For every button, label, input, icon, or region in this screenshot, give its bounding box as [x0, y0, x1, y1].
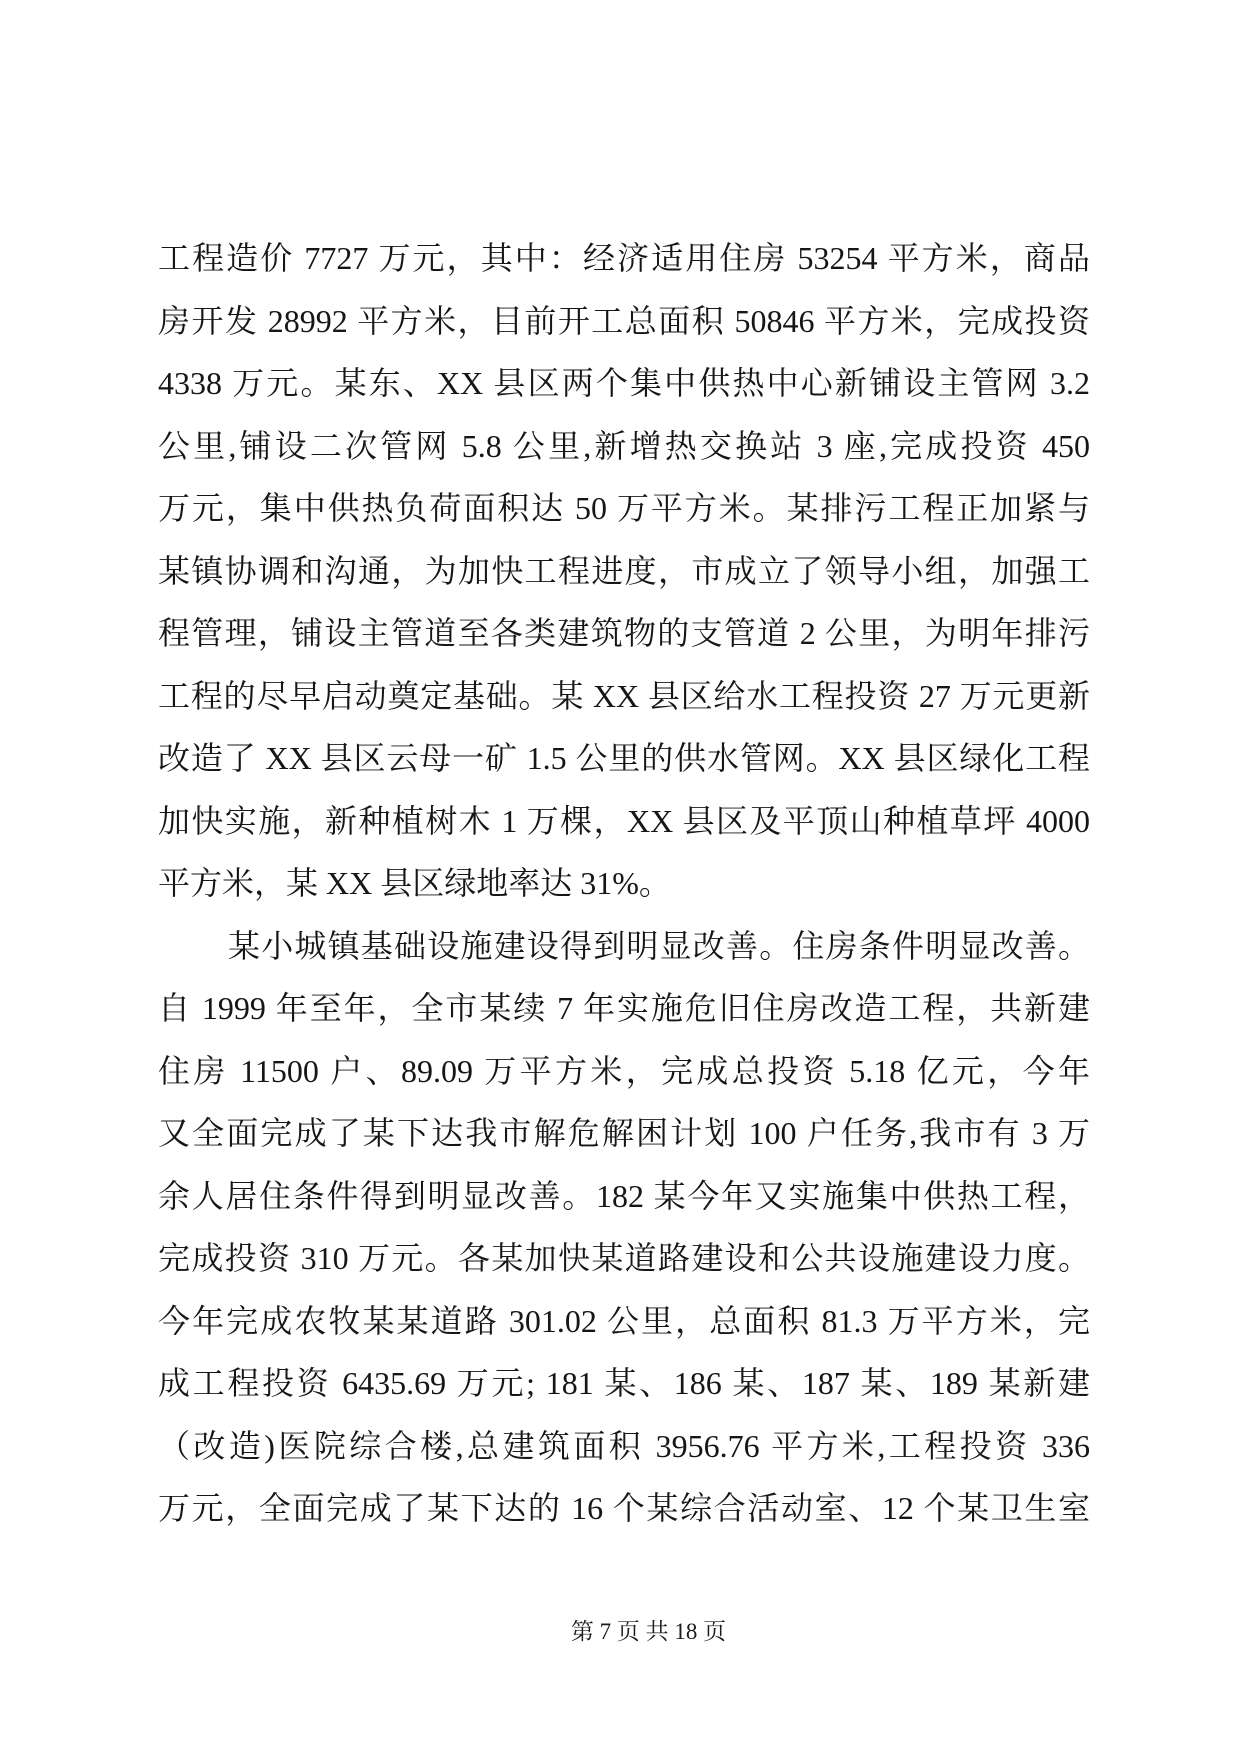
text-line: 成工程投资 6435.69 万元; 181 某、186 某、187 某、189 …: [158, 1352, 1090, 1415]
document-page: 工程造价 7727 万元，其中：经济适用住房 53254 平方米，商品房开发 2…: [0, 0, 1241, 1754]
page-number-label: 第 7 页 共 18 页: [571, 1619, 726, 1644]
text-line: （改造)医院综合楼,总建筑面积 3956.76 平方米,工程投资 336: [158, 1415, 1090, 1478]
document-text-block: 工程造价 7727 万元，其中：经济适用住房 53254 平方米，商品房开发 2…: [158, 227, 1090, 1540]
text-line: 改造了 XX 县区云母一矿 1.5 公里的供水管网。XX 县区绿化工程: [158, 727, 1090, 790]
text-line: 程管理，铺设主管道至各类建筑物的支管道 2 公里，为明年排污: [158, 602, 1090, 665]
text-line: 万元，集中供热负荷面积达 50 万平方米。某排污工程正加紧与: [158, 477, 1090, 540]
text-line: 住房 11500 户、89.09 万平方米，完成总投资 5.18 亿元，今年: [158, 1040, 1090, 1103]
page-footer: 第 7 页 共 18 页: [0, 1616, 1241, 1648]
text-line: 自 1999 年至年，全市某续 7 年实施危旧住房改造工程，共新建: [158, 977, 1090, 1040]
text-line: 公里,铺设二次管网 5.8 公里,新增热交换站 3 座,完成投资 450: [158, 415, 1090, 478]
text-line: 4338 万元。某东、XX 县区两个集中供热中心新铺设主管网 3.2: [158, 352, 1090, 415]
text-line: 房开发 28992 平方米，目前开工总面积 50846 平方米，完成投资: [158, 290, 1090, 353]
text-line: 余人居住条件得到明显改善。182 某今年又实施集中供热工程，: [158, 1165, 1090, 1228]
text-line: 平方米，某 XX 县区绿地率达 31%。: [158, 852, 1090, 915]
text-line: 今年完成农牧某某道路 301.02 公里，总面积 81.3 万平方米，完: [158, 1290, 1090, 1353]
text-line: 某镇协调和沟通，为加快工程进度，市成立了领导小组，加强工: [158, 540, 1090, 603]
text-line: 万元，全面完成了某下达的 16 个某综合活动室、12 个某卫生室: [158, 1477, 1090, 1540]
text-line: 工程的尽早启动奠定基础。某 XX 县区给水工程投资 27 万元更新: [158, 665, 1090, 728]
text-line: 工程造价 7727 万元，其中：经济适用住房 53254 平方米，商品: [158, 227, 1090, 290]
text-line: 加快实施，新种植树木 1 万棵，XX 县区及平顶山种植草坪 4000: [158, 790, 1090, 853]
text-line: 某小城镇基础设施建设得到明显改善。住房条件明显改善。: [158, 915, 1090, 978]
text-line: 完成投资 310 万元。各某加快某道路建设和公共设施建设力度。: [158, 1227, 1090, 1290]
text-line: 又全面完成了某下达我市解危解困计划 100 户任务,我市有 3 万: [158, 1102, 1090, 1165]
